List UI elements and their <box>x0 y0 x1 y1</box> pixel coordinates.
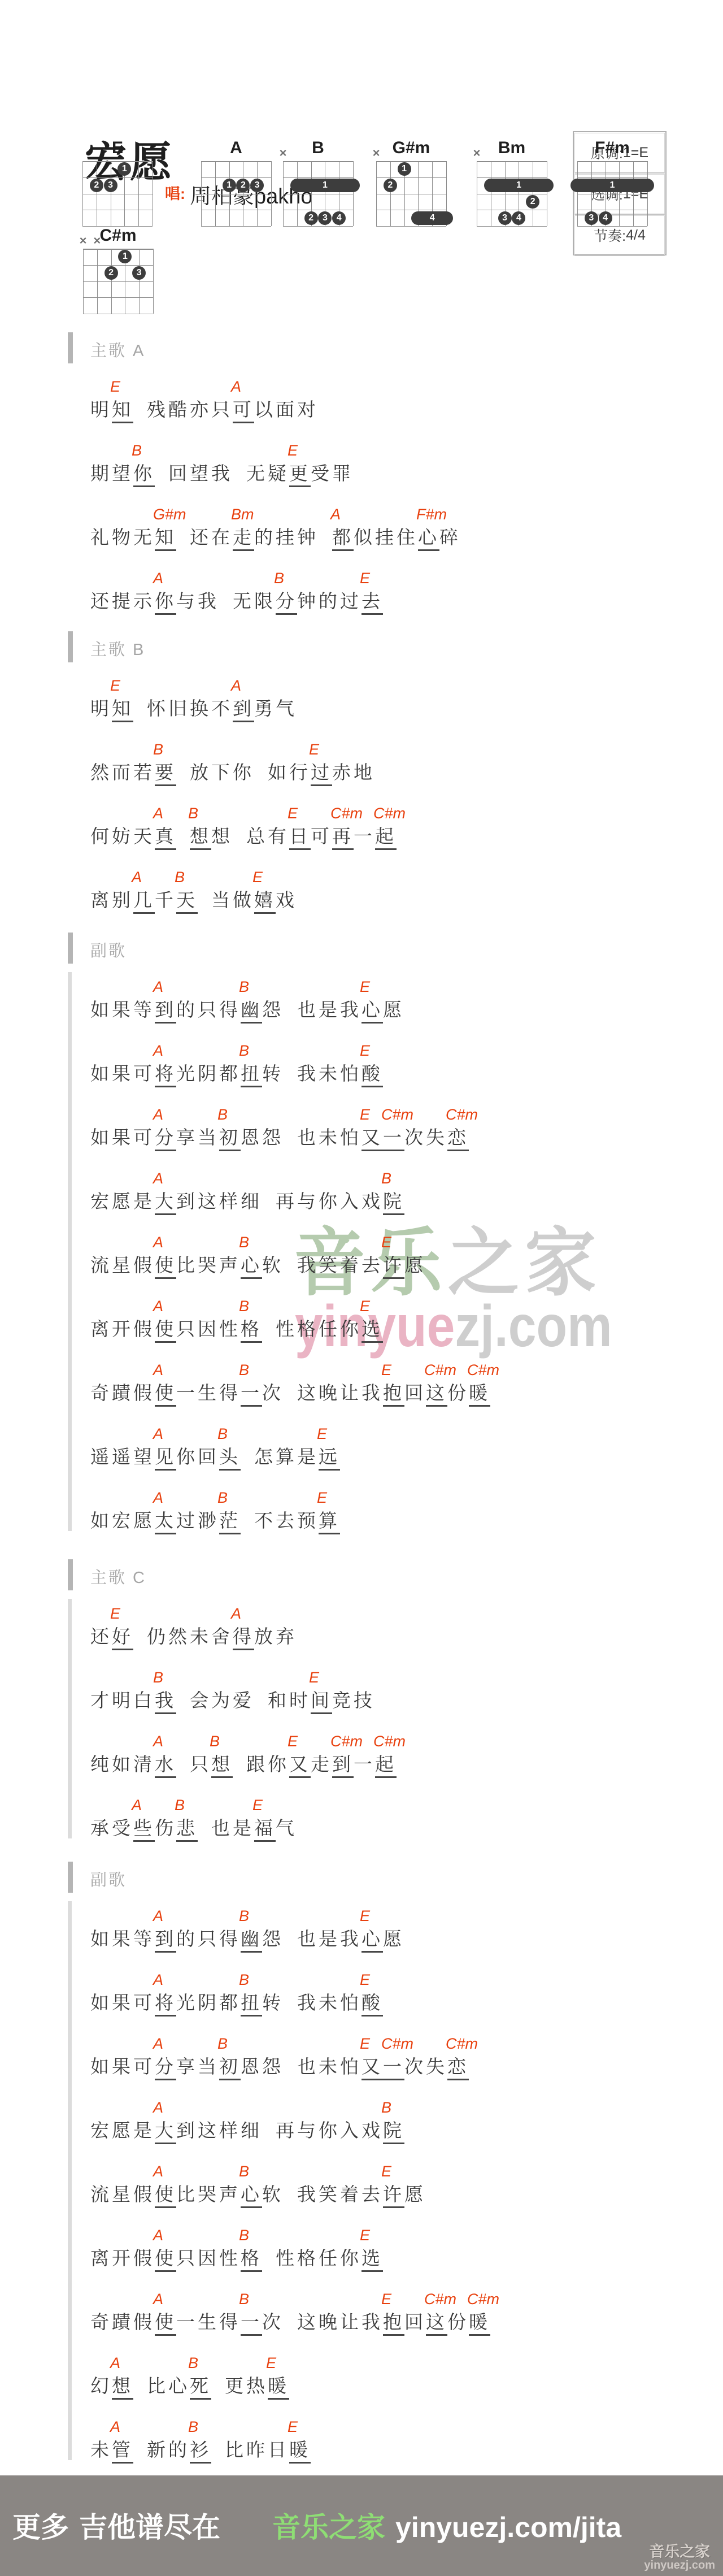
lyric-segment: 一生得 <box>176 1382 241 1403</box>
lyric-segment: 离开假 <box>90 1319 155 1339</box>
chord-name-label: G#m <box>376 138 446 158</box>
lyric-segment: 性格任你 <box>276 2248 361 2269</box>
chorded-char: A得 <box>233 1627 254 1650</box>
lyric-text: 然而若B要放下你如行E过赤地 <box>90 762 375 786</box>
lyric-line: 如果可A将光阴都B扭转我未怕E酸 <box>0 1040 723 1104</box>
chorded-char: B心 <box>241 1255 262 1279</box>
section-marker-bar <box>68 1862 73 1893</box>
finger-dot: 3 <box>318 211 332 225</box>
section-header: 主歌 B <box>0 631 723 662</box>
chord-symbol: A <box>231 1606 241 1623</box>
lyric-segment: 赤地 <box>332 762 375 783</box>
chord-symbol: B <box>132 443 142 459</box>
lyric-segment: 还 <box>90 1626 112 1647</box>
lyric-segment: 无疑 <box>246 463 289 484</box>
chorded-char: E酸 <box>361 1993 383 2016</box>
chorded-char: E又 <box>289 1754 311 1778</box>
lyric-line: 如宏愿A太过渺B茫不去预E算 <box>0 1487 723 1551</box>
chord-name-label: E <box>82 138 153 158</box>
lyric-segment: 愿 <box>404 2184 426 2205</box>
chorded-char: B悲 <box>176 1818 198 1842</box>
chorded-char: C#m这 <box>426 2312 447 2336</box>
chorded-char: C#m再 <box>332 826 354 850</box>
chord-symbol: A <box>153 2100 163 2117</box>
lyric-segment: 也未怕 <box>297 2056 361 2077</box>
lyric-segment: 的挂钟 <box>254 527 319 548</box>
chord-symbol: E <box>266 2355 276 2372</box>
lyric-segment: 性格任你 <box>276 1319 361 1339</box>
lyric-segment: 总有 <box>246 826 289 847</box>
lyric-line: 何妨天A真B想想总有E日可C#m再一C#m起 <box>0 803 723 866</box>
lyric-line: 未A管新的B衫比昨日E暖 <box>0 2416 723 2480</box>
finger-dot: 4 <box>599 211 612 225</box>
barre-finger: 4 <box>411 211 453 225</box>
chord-symbol: E <box>110 678 120 695</box>
chord-symbol: F#m <box>416 506 447 523</box>
lyric-line: 奇蹟假A使一生得B一次这晚让我E抱回C#m这份C#m暖 <box>0 1359 723 1423</box>
chord-symbol: E <box>309 741 319 758</box>
chorded-char: Bm走 <box>233 527 254 551</box>
chord-symbol: E <box>317 1426 327 1443</box>
chord-symbol: A <box>153 1362 163 1379</box>
chord-symbol: A <box>330 506 341 523</box>
lyric-line: 礼物无G#m知还在Bm走的挂钟A都似挂住F#m心碎 <box>0 504 723 567</box>
lyric-text: 如果等A到的只得B幽怨也是我E心愿 <box>90 1000 404 1024</box>
chord-name-label: F#m <box>577 138 647 158</box>
chorded-char: A到 <box>233 699 254 722</box>
chord-symbol: B <box>381 1170 391 1187</box>
fretboard-grid: ×1234 <box>283 161 353 226</box>
lyric-text: 明E知残酷亦只A可以面对 <box>90 400 319 423</box>
chord-symbol: B <box>217 2036 228 2053</box>
lyric-segment: 新的 <box>147 2439 190 2460</box>
chorded-char: B初 <box>219 1127 241 1151</box>
lyric-segment: 承受 <box>90 1818 133 1838</box>
chorded-char: E心 <box>361 1000 383 1024</box>
lyric-text: 还E好仍然未舍A得放弃 <box>90 1627 297 1650</box>
chorded-char: C#m暖 <box>469 2312 490 2336</box>
chorded-char: B天 <box>176 890 198 914</box>
section-header: 副歌 <box>0 1862 723 1893</box>
section-title: 主歌 B <box>90 637 145 660</box>
lyric-segment: 宏愿是 <box>90 2120 155 2141</box>
lyric-segment: 流星假 <box>90 2184 155 2205</box>
muted-string-mark: × <box>471 146 482 161</box>
lyric-segment: 一 <box>354 826 375 847</box>
lyric-line: 如果可A将光阴都B扭转我未怕E酸 <box>0 1969 723 2033</box>
chord-symbol: B <box>239 1972 249 1989</box>
barre-finger: 1 <box>484 179 554 192</box>
lyric-line: 宏愿是A大到这样细再与你入戏B院 <box>0 1168 723 1231</box>
lyric-line: 承受A些伤B悲也是E福气 <box>0 1794 723 1858</box>
lyric-segment: 残酷亦只 <box>147 399 233 420</box>
chorded-char: B格 <box>241 1319 262 1343</box>
lyric-segment: 无限 <box>233 591 276 612</box>
chord-symbol: C#m <box>381 2036 413 2053</box>
chorded-char: A分 <box>155 2057 176 2080</box>
lyric-line: 流星假A使比哭声B心软我笑着去E许愿 <box>0 1231 723 1295</box>
lyric-line: 才明白B我会为爱和时E间竞技 <box>0 1667 723 1731</box>
lyric-text: 离开假A使只因性B格性格任你E选 <box>90 1319 383 1343</box>
lyric-text: 何妨天A真B想想总有E日可C#m再一C#m起 <box>90 826 397 850</box>
footer-banner: 更多 吉他谱尽在 音乐之家 yinyuezj.com/jita 音乐之家 yin… <box>0 2475 723 2576</box>
chord-symbol: A <box>153 1043 163 1060</box>
chord-symbol: A <box>153 2163 163 2180</box>
chord-symbol: C#m <box>424 1362 456 1379</box>
chord-symbol: A <box>132 869 142 886</box>
lyric-segment: 比昨日 <box>225 2439 289 2460</box>
muted-string-mark: × <box>371 146 382 161</box>
lyric-segment: 何妨天 <box>90 826 155 847</box>
chorded-char: A使 <box>155 1383 176 1407</box>
lyric-segment: 明 <box>90 698 112 719</box>
finger-dot: 1 <box>223 179 236 192</box>
fretboard-grid: ×1234 <box>477 161 547 226</box>
lyric-segment: 走 <box>311 1754 332 1775</box>
lyric-segment: 恩怨 <box>241 2056 284 2077</box>
lyric-segment: 遥遥望 <box>90 1446 155 1467</box>
sing-label: 唱: <box>165 185 185 202</box>
lyric-segment: 一 <box>354 1754 375 1775</box>
chord-sheet-page: 宏愿 唱:周柏豪pakho 原调: 1=E选调: 1=E节奏: 4/4 E123… <box>0 0 723 2576</box>
lyric-segment: 可 <box>311 826 332 847</box>
lyric-line: 离开假A使只因性B格性格任你E选 <box>0 2224 723 2288</box>
lyric-text: 如宏愿A太过渺B茫不去预E算 <box>90 1511 340 1534</box>
lyric-segment: 到这样细 <box>176 2120 262 2141</box>
lyric-segment: 你回 <box>176 1446 219 1467</box>
chorded-char: B想 <box>190 826 211 850</box>
lyric-segment: 千 <box>155 890 176 910</box>
section-title: 副歌 <box>90 938 127 961</box>
chorded-char: E暖 <box>268 2376 289 2400</box>
chord-symbol: C#m <box>373 805 406 822</box>
chorded-char: E许 <box>383 2184 404 2208</box>
chorded-char: B扭 <box>241 1993 262 2016</box>
lyric-text: 离别A几千B天当做E嬉戏 <box>90 890 297 914</box>
chorded-char: A使 <box>155 1319 176 1343</box>
chord-symbol: G#m <box>153 506 186 523</box>
chord-symbol: E <box>288 1733 298 1750</box>
lyric-text: 流星假A使比哭声B心软我笑着去E许愿 <box>90 1255 426 1279</box>
chord-symbol: A <box>110 2419 120 2436</box>
chorded-char: E抱 <box>383 2312 404 2336</box>
chorded-char: G#m知 <box>155 527 176 551</box>
chorded-char: B你 <box>133 463 155 487</box>
chord-symbol: E <box>381 1362 391 1379</box>
lyric-text: 如果可A分享当B初恩怨也未怕E又C#m一次失C#m恋 <box>90 2057 469 2080</box>
chord-symbol: E <box>381 2291 391 2308</box>
lyric-line: 期望B你回望我无疑E更受罪 <box>0 440 723 504</box>
chord-symbol: C#m <box>446 2036 478 2053</box>
chorded-char: A到 <box>155 1000 176 1024</box>
lyric-segment: 放下你 <box>190 762 254 783</box>
lyric-segment: 比心 <box>147 2375 190 2396</box>
lyric-line: 还提示A你与我无限B分钟的过E去 <box>0 567 723 631</box>
chord-diagram-E: E123 <box>82 138 153 229</box>
lyric-segment: 只因性 <box>176 1319 241 1339</box>
lyric-segment: 奇蹟假 <box>90 2312 155 2332</box>
lyric-line: 明E知怀旧换不A到勇气 <box>0 675 723 739</box>
chord-symbol: B <box>188 2355 198 2372</box>
lyric-segment: 愿 <box>383 1928 404 1949</box>
lyric-segment: 似挂住 <box>354 527 418 548</box>
chorded-char: E过 <box>311 762 332 786</box>
chorded-char: A到 <box>155 1929 176 1953</box>
lyric-segment: 与我 <box>176 591 219 612</box>
section-title: 副歌 <box>90 1867 127 1890</box>
lyric-segment: 怨 <box>262 999 284 1020</box>
chorded-char: B扭 <box>241 1064 262 1087</box>
section-header: 主歌 C <box>0 1559 723 1590</box>
chorded-char: A使 <box>155 1255 176 1279</box>
chorded-char: E选 <box>361 1319 383 1343</box>
section: 副歌如果等A到的只得B幽怨也是我E心愿如果可A将光阴都B扭转我未怕E酸如果可A分… <box>0 1862 723 2480</box>
chorded-char: A都 <box>332 527 354 551</box>
lyric-segment: 当做 <box>211 890 254 910</box>
lyric-segment: 如果等 <box>90 999 155 1020</box>
muted-string-mark: × <box>92 233 103 248</box>
lyric-segment: 愿 <box>383 999 404 1020</box>
lyric-segment: 次 <box>262 1382 284 1403</box>
barre-finger: 1 <box>570 179 654 192</box>
finger-dot: 1 <box>117 162 131 176</box>
lyric-line: 幻A想比心B死更热E暖 <box>0 2352 723 2416</box>
lyric-text: 如果可A将光阴都B扭转我未怕E酸 <box>90 1064 383 1087</box>
lyric-text: 纯如清A水只B想跟你E又走C#m到一C#m起 <box>90 1754 397 1778</box>
footer-more-label: 更多 <box>12 2505 69 2545</box>
chord-symbol: C#m <box>467 2291 499 2308</box>
footer-url: yinyuezj.com/jita <box>395 2511 621 2544</box>
chorded-char: B院 <box>383 2120 404 2144</box>
chord-symbol: B <box>239 2291 249 2308</box>
chord-symbol: B <box>239 2227 249 2244</box>
lyric-segment: 还提示 <box>90 591 155 612</box>
chord-symbol: B <box>210 1733 220 1750</box>
lyric-segment: 伤 <box>155 1818 176 1838</box>
finger-dot: 2 <box>104 266 118 280</box>
fretboard-grid: ××123 <box>83 249 153 314</box>
chord-symbol: A <box>132 1797 142 1814</box>
lyric-segment: 也是我 <box>297 999 361 1020</box>
lyric-segment: 只因性 <box>176 2248 241 2269</box>
chorded-char: B幽 <box>241 1000 262 1024</box>
lyric-segment: 一生得 <box>176 2312 241 2332</box>
finger-dot: 3 <box>104 179 117 192</box>
chord-symbol: B <box>217 1426 228 1443</box>
lyric-segment: 这晚让我 <box>297 1382 383 1403</box>
info-value: 4/4 <box>626 227 646 244</box>
lyric-text: 幻A想比心B死更热E暖 <box>90 2376 289 2400</box>
chorded-char: E好 <box>112 1627 133 1650</box>
fretboard-grid: 134 <box>577 161 647 226</box>
chorded-char: A可 <box>233 400 254 423</box>
chorded-char: A使 <box>155 2312 176 2336</box>
section-title: 主歌 C <box>90 1565 146 1588</box>
chorded-char: B一 <box>241 2312 262 2336</box>
finger-dot: 2 <box>384 179 397 192</box>
lyrics-sections: 主歌 A明E知残酷亦只A可以面对期望B你回望我无疑E更受罪礼物无G#m知还在Bm… <box>0 332 723 2480</box>
chord-symbol: B <box>217 1490 228 1507</box>
lyric-segment: 份 <box>447 2312 469 2332</box>
chorded-char: E知 <box>112 699 133 722</box>
chord-symbol: E <box>110 1606 120 1623</box>
chord-symbol: B <box>239 2163 249 2180</box>
lyric-segment: 才明白 <box>90 1690 155 1711</box>
chord-symbol: E <box>252 869 263 886</box>
chord-symbol: E <box>381 2163 391 2180</box>
chord-symbol: B <box>239 1362 249 1379</box>
lyric-segment: 转 <box>262 1063 284 1084</box>
lyric-line: 流星假A使比哭声B心软我笑着去E许愿 <box>0 2161 723 2224</box>
chorded-char: E日 <box>289 826 311 850</box>
lyric-line: 如果可A分享当B初恩怨也未怕E又C#m一次失C#m恋 <box>0 2033 723 2097</box>
chord-symbol: E <box>288 805 298 822</box>
lyric-segment: 仍然未舍 <box>147 1626 233 1647</box>
lyric-segment: 再与你入戏 <box>276 2120 383 2141</box>
chord-symbol: A <box>153 979 163 996</box>
chorded-char: C#m暖 <box>469 1383 490 1407</box>
chord-symbol: B <box>175 1797 185 1814</box>
chorded-char: B一 <box>241 1383 262 1407</box>
chord-symbol: Bm <box>231 506 254 523</box>
chorded-char: B茫 <box>219 1511 241 1534</box>
footer-text-line: 更多 吉他谱尽在 音乐之家 yinyuezj.com/jita <box>12 2505 621 2545</box>
chord-symbol: A <box>153 1908 163 1925</box>
lyric-line: 宏愿是A大到这样细再与你入戏B院 <box>0 2097 723 2161</box>
chorded-char: A想 <box>112 2376 133 2400</box>
chorded-char: A分 <box>155 1127 176 1151</box>
lyric-text: 流星假A使比哭声B心软我笑着去E许愿 <box>90 2184 426 2208</box>
lyric-text: 未A管新的B衫比昨日E暖 <box>90 2440 311 2464</box>
chord-symbol: C#m <box>446 1107 478 1124</box>
chord-symbol: A <box>153 1298 163 1315</box>
finger-dot: 4 <box>512 211 525 225</box>
chorded-char: E选 <box>361 2248 383 2272</box>
chord-name-label: Bm <box>477 138 547 158</box>
lyric-segment: 的只得 <box>176 1928 241 1949</box>
chorded-char: A使 <box>155 2184 176 2208</box>
chorded-char: B心 <box>241 2184 262 2208</box>
chorded-char: E知 <box>112 400 133 423</box>
chord-symbol: A <box>153 805 163 822</box>
chorded-char: E酸 <box>361 1064 383 1087</box>
chorded-char: E暖 <box>289 2440 311 2464</box>
chord-symbol: E <box>360 2036 370 2053</box>
chord-symbol: B <box>175 869 185 886</box>
lyric-line: 离别A几千B天当做E嬉戏 <box>0 866 723 930</box>
lyric-segment: 明 <box>90 399 112 420</box>
chord-diagram-Gsm: G#m×412 <box>376 138 446 229</box>
chorded-char: A些 <box>133 1818 155 1842</box>
lyric-segment: 光阴都 <box>176 1063 241 1084</box>
lyric-text: 宏愿是A大到这样细再与你入戏B院 <box>90 2120 404 2144</box>
lyric-segment: 宏愿是 <box>90 1191 155 1212</box>
lyric-segment: 幻 <box>90 2375 112 2396</box>
lyric-segment: 流星假 <box>90 1255 155 1276</box>
lyric-segment: 享当 <box>176 2056 219 2077</box>
lyric-segment: 我未怕 <box>297 1063 361 1084</box>
chorded-char: E间 <box>311 1690 332 1714</box>
chorded-char: E更 <box>289 463 311 487</box>
chord-symbol: B <box>153 1669 163 1686</box>
muted-string-mark: × <box>277 146 289 161</box>
lyric-segment: 软 <box>262 2184 284 2205</box>
chord-symbol: E <box>252 1797 263 1814</box>
chord-symbol: C#m <box>373 1733 406 1750</box>
chord-symbol: E <box>360 1972 370 1989</box>
lyric-segment: 还在 <box>190 527 233 548</box>
chord-symbol: E <box>360 2227 370 2244</box>
lyric-text: 宏愿是A大到这样细再与你入戏B院 <box>90 1191 404 1215</box>
chord-symbol: A <box>153 1490 163 1507</box>
lyric-segment: 恩怨 <box>241 1127 284 1148</box>
lyric-segment: 期望 <box>90 463 133 484</box>
chord-symbol: E <box>360 1298 370 1315</box>
lyric-segment: 想 <box>211 826 233 847</box>
chord-symbol: A <box>153 2291 163 2308</box>
footer-corner-logo: 音乐之家 yinyuezj.com <box>644 2544 715 2571</box>
lyric-segment: 光阴都 <box>176 1992 241 2013</box>
chord-symbol: E <box>309 1669 319 1686</box>
chord-symbol: A <box>153 1972 163 1989</box>
lyric-segment: 的只得 <box>176 999 241 1020</box>
lyric-segment: 只 <box>190 1754 211 1775</box>
chord-symbol: E <box>110 379 120 396</box>
lyric-segment: 我笑着去 <box>297 1255 383 1276</box>
chorded-char: B分 <box>276 591 297 615</box>
section-marker-bar <box>68 933 73 964</box>
lyric-segment: 未 <box>90 2439 112 2460</box>
footer-tagline: 吉他谱尽在 <box>79 2505 220 2545</box>
chord-symbol: E <box>360 979 370 996</box>
chorded-char: C#m起 <box>375 1754 397 1778</box>
chorded-char: C#m一 <box>383 1127 404 1151</box>
chord-symbol: A <box>231 379 241 396</box>
lyric-segment: 和时 <box>268 1690 311 1711</box>
section-header: 副歌 <box>0 933 723 964</box>
chord-symbol: C#m <box>330 805 363 822</box>
section-marker-bar <box>68 631 73 662</box>
chorded-char: C#m恋 <box>447 2057 469 2080</box>
chorded-char: E又 <box>361 1127 383 1151</box>
lyric-text: 离开假A使只因性B格性格任你E选 <box>90 2248 383 2272</box>
lyric-line: 如果等A到的只得B幽怨也是我E心愿 <box>0 1905 723 1969</box>
lyric-segment: 怀旧换不 <box>147 698 233 719</box>
lyric-segment: 次 <box>262 2312 284 2332</box>
lyric-segment: 享当 <box>176 1127 219 1148</box>
lyric-text: 奇蹟假A使一生得B一次这晚让我E抱回C#m这份C#m暖 <box>90 2312 490 2336</box>
section-marker-bar <box>68 332 73 363</box>
lyric-segment: 也是我 <box>297 1928 361 1949</box>
finger-dot: 1 <box>398 162 411 176</box>
finger-dot: 3 <box>498 211 512 225</box>
lyric-segment: 比哭声 <box>176 2184 241 2205</box>
lyric-line: 离开假A使只因性B格性格任你E选 <box>0 1295 723 1359</box>
lyric-segment: 比哭声 <box>176 1255 241 1276</box>
lyric-segment: 回望我 <box>168 463 233 484</box>
section-marker-bar <box>68 1559 73 1590</box>
barre-finger: 1 <box>290 179 360 192</box>
chorded-char: A将 <box>155 1064 176 1087</box>
chord-symbol: E <box>360 570 370 587</box>
finger-dot: 2 <box>304 211 318 225</box>
chord-symbol: B <box>239 1908 249 1925</box>
lyric-line: 遥遥望A见你回B头怎算是E远 <box>0 1423 723 1487</box>
lyric-line: 明E知残酷亦只A可以面对 <box>0 376 723 440</box>
chord-symbol: B <box>239 1234 249 1251</box>
lyric-segment: 受罪 <box>311 463 354 484</box>
lyric-segment: 如行 <box>268 762 311 783</box>
